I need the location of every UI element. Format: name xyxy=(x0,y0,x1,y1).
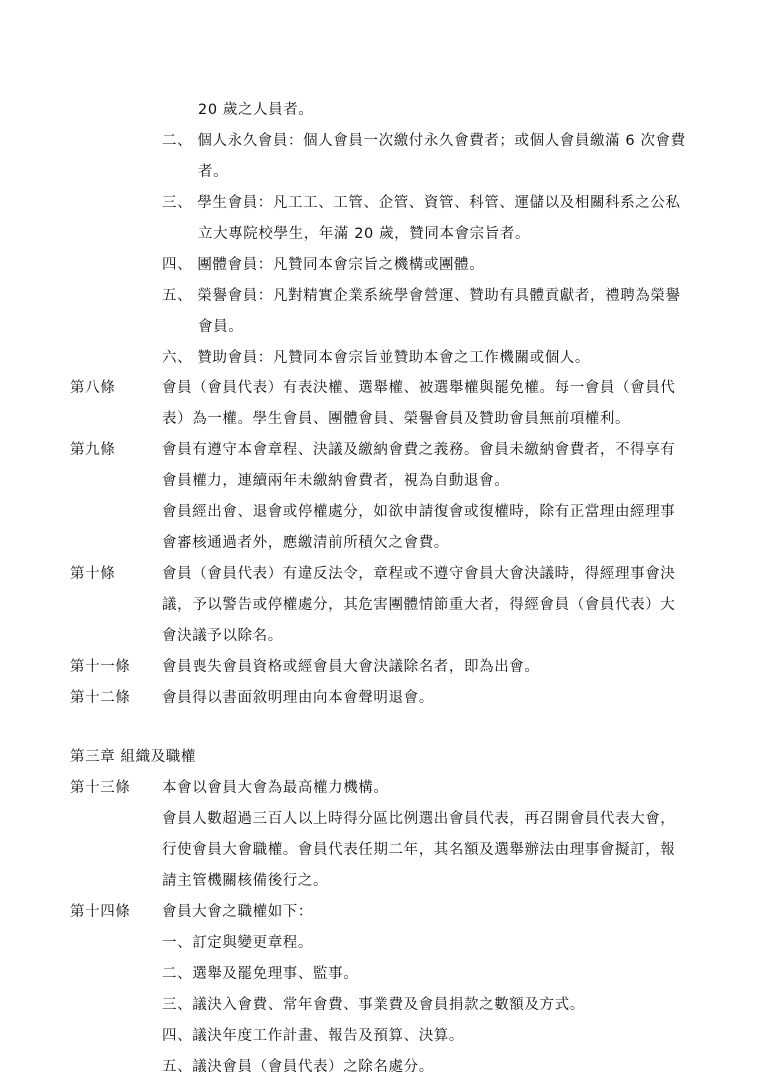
article-label: 第十二條 xyxy=(70,688,130,708)
article-label: 第八條 xyxy=(70,378,115,398)
list-item-text: 二、 個人永久會員：個人會員一次繳付永久會費者；或個人會員繳滿 6 次會費 xyxy=(162,131,686,151)
article-text: 請主管機關核備後行之。 xyxy=(162,871,328,891)
article-label: 第九條 xyxy=(70,440,115,460)
article-label: 第十三條 xyxy=(70,778,130,798)
article-text: 會員權力，連續兩年未繳納會費者，視為自動退會。 xyxy=(162,471,509,491)
article-text: 會員（會員代表）有表決權、選舉權、被選舉權與罷免權。每一會員（會員代 xyxy=(162,378,675,398)
list-item-text: 會員。 xyxy=(198,317,243,337)
article-text: 二、選舉及罷免理事、監事。 xyxy=(162,964,358,984)
article-text: 會員人數超過三百人以上時得分區比例選出會員代表，再召開會員代表大會， xyxy=(162,809,675,829)
list-item-text: 六、 贊助會員：凡贊同本會宗旨並贊助本會之工作機關或個人。 xyxy=(162,348,590,368)
article-label: 第十一條 xyxy=(70,657,130,677)
article-text: 表）為一權。學生會員、團體會員、榮譽會員及贊助會員無前項權利。 xyxy=(162,409,630,429)
article-text: 四、議決年度工作計畫、報告及預算、決算。 xyxy=(162,1026,464,1046)
article-text: 會員有遵守本會章程、決議及繳納會費之義務。會員未繳納會費者，不得享有 xyxy=(162,440,675,460)
list-item-text: 20 歲之人員者。 xyxy=(198,100,313,120)
article-text: 會員喪失會員資格或經會員大會決議除名者，即為出會。 xyxy=(162,657,540,677)
article-label: 第十四條 xyxy=(70,902,130,922)
list-item-text: 者。 xyxy=(198,162,228,182)
article-text: 一、訂定與變更章程。 xyxy=(162,933,313,953)
article-text: 五、議決會員（會員代表）之除名處分。 xyxy=(162,1057,434,1077)
article-text: 行使會員大會職權。會員代表任期二年，其名額及選舉辦法由理事會擬訂，報 xyxy=(162,840,675,860)
article-text: 會員（會員代表）有違反法令，章程或不遵守會員大會決議時，得經理事會決 xyxy=(162,564,675,584)
article-label: 第十條 xyxy=(70,564,115,584)
list-item-text: 四、 團體會員：凡贊同本會宗旨之機構或團體。 xyxy=(162,255,484,275)
article-text: 本會以會員大會為最高權力機構。 xyxy=(162,778,389,798)
list-item-text: 立大專院校學生，年滿 20 歲，贊同本會宗旨者。 xyxy=(198,224,530,244)
article-text: 會審核通過者外，應繳清前所積欠之會費。 xyxy=(162,533,449,553)
article-text: 會決議予以除名。 xyxy=(162,626,283,646)
article-text: 會員得以書面敘明理由向本會聲明退會。 xyxy=(162,688,434,708)
article-text: 議，予以警告或停權處分，其危害團體情節重大者，得經會員（會員代表）大 xyxy=(162,595,675,615)
list-item-text: 五、 榮譽會員：凡對精實企業系統學會營運、贊助有具體貢獻者，禮聘為榮譽 xyxy=(162,286,681,306)
article-text: 會員大會之職權如下： xyxy=(162,902,313,922)
article-text: 三、議決入會費、常年會費、事業費及會員捐款之數額及方式。 xyxy=(162,995,585,1015)
chapter-heading: 第三章 組織及職權 xyxy=(70,747,196,767)
list-item-text: 三、 學生會員：凡工工、工管、企管、資管、科管、運儲以及相關科系之公私 xyxy=(162,193,681,213)
article-text: 會員經出會、退會或停權處分，如欲申請復會或復權時，除有正當理由經理事 xyxy=(162,502,675,522)
